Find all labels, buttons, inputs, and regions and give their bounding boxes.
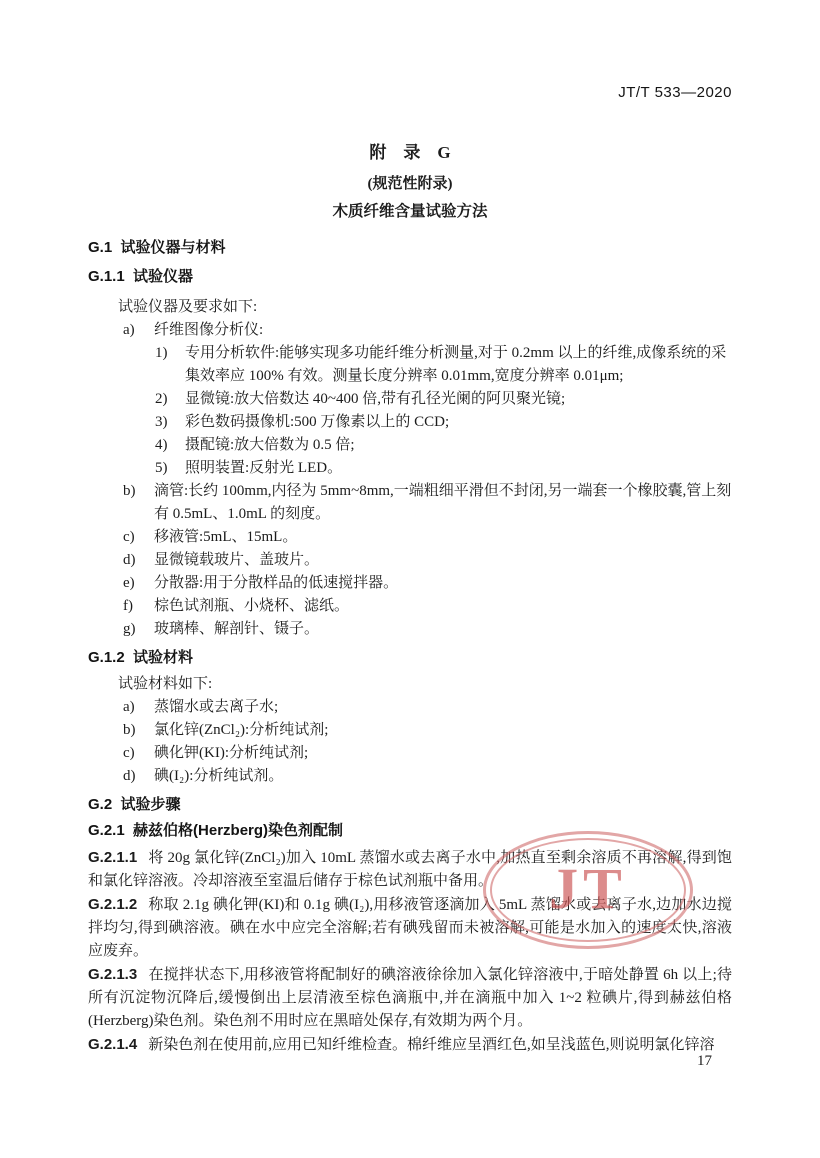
list-item-g11-a3: 3) 彩色数码摄像机:500 万像素以上的 CCD; bbox=[155, 411, 732, 434]
clause-list: G.2.1.1将 20g 氯化锌(ZnCl₂)加入 10mL 蒸馏水或去离子水中… bbox=[88, 846, 732, 1057]
clause-number: G.2.1.3 bbox=[88, 966, 137, 983]
list-text: 显微镜载玻片、盖玻片。 bbox=[154, 549, 732, 572]
heading-g12: G.1.2 试验材料 bbox=[88, 649, 732, 667]
list-item-g12-a: a) 蒸馏水或去离子水; bbox=[123, 696, 732, 719]
list-item-g11-d: d) 显微镜载玻片、盖玻片。 bbox=[123, 549, 732, 572]
list-item-g12-c: c) 碘化钾(KI):分析纯试剂; bbox=[123, 742, 732, 765]
standard-number: JT/T 533—2020 bbox=[88, 84, 732, 102]
list-item-g11-a1: 1) 专用分析软件:能够实现多功能纤维分析测量,对于 0.2mm 以上的纤维,成… bbox=[155, 342, 732, 388]
g11-intro: 试验仪器及要求如下: bbox=[88, 296, 732, 319]
list-marker: 3) bbox=[155, 411, 185, 434]
list-text: 摄配镜:放大倍数为 0.5 倍; bbox=[185, 434, 732, 457]
list-marker: g) bbox=[123, 618, 154, 641]
list-text: 玻璃棒、解剖针、镊子。 bbox=[154, 618, 732, 641]
list-marker: a) bbox=[123, 319, 154, 342]
heading-g2: G.2 试验步骤 bbox=[88, 796, 732, 814]
clause-text: 在搅拌状态下,用移液管将配制好的碘溶液徐徐加入氯化锌溶液中,于暗处静置 6h 以… bbox=[88, 967, 732, 1029]
list-text: 照明装置:反射光 LED。 bbox=[185, 457, 732, 480]
list-marker: e) bbox=[123, 572, 154, 595]
list-marker: f) bbox=[123, 595, 154, 618]
list-item-g12-d: d) 碘(I₂):分析纯试剂。 bbox=[123, 765, 732, 788]
list-marker: 4) bbox=[155, 434, 185, 457]
heading-g11: G.1.1 试验仪器 bbox=[88, 268, 732, 286]
list-marker: b) bbox=[123, 719, 154, 742]
list-item-g11-g: g) 玻璃棒、解剖针、镊子。 bbox=[123, 618, 732, 641]
list-item-g11-b: b) 滴管:长约 100mm,内径为 5mm~8mm,一端粗细平滑但不封闭,另一… bbox=[123, 480, 732, 526]
clause-g211: G.2.1.1将 20g 氯化锌(ZnCl₂)加入 10mL 蒸馏水或去离子水中… bbox=[88, 846, 732, 893]
list-marker: 2) bbox=[155, 388, 185, 411]
document-page: JT/T 533—2020 附 录 G (规范性附录) 木质纤维含量试验方法 G… bbox=[0, 0, 820, 1158]
page-number: 17 bbox=[697, 1052, 712, 1070]
list-marker: c) bbox=[123, 526, 154, 549]
clause-g212: G.2.1.2称取 2.1g 碘化钾(KI)和 0.1g 碘(I₂),用移液管逐… bbox=[88, 893, 732, 963]
page-content: JT/T 533—2020 附 录 G (规范性附录) 木质纤维含量试验方法 G… bbox=[0, 0, 820, 1057]
clause-number: G.2.1.1 bbox=[88, 849, 137, 866]
list-marker: a) bbox=[123, 696, 154, 719]
clause-number: G.2.1.2 bbox=[88, 896, 137, 913]
list-marker: b) bbox=[123, 480, 154, 526]
list-item-g11-a4: 4) 摄配镜:放大倍数为 0.5 倍; bbox=[155, 434, 732, 457]
clause-text: 称取 2.1g 碘化钾(KI)和 0.1g 碘(I₂),用移液管逐滴加入 5mL… bbox=[88, 897, 732, 959]
list-text: 滴管:长约 100mm,内径为 5mm~8mm,一端粗细平滑但不封闭,另一端套一… bbox=[154, 480, 732, 526]
list-text: 氯化锌(ZnCl₂):分析纯试剂; bbox=[154, 719, 732, 742]
list-text: 碘化钾(KI):分析纯试剂; bbox=[154, 742, 732, 765]
list-marker: d) bbox=[123, 765, 154, 788]
appendix-title-block: 附 录 G (规范性附录) 木质纤维含量试验方法 bbox=[88, 142, 732, 221]
clause-text: 新染色剂在使用前,应用已知纤维检查。棉纤维应呈酒红色,如呈浅蓝色,则说明氯化锌溶 bbox=[148, 1037, 714, 1053]
list-marker: c) bbox=[123, 742, 154, 765]
appendix-type: (规范性附录) bbox=[88, 175, 732, 194]
list-item-g11-c: c) 移液管:5mL、15mL。 bbox=[123, 526, 732, 549]
list-text: 专用分析软件:能够实现多功能纤维分析测量,对于 0.2mm 以上的纤维,成像系统… bbox=[185, 342, 732, 388]
appendix-title: 木质纤维含量试验方法 bbox=[88, 202, 732, 221]
list-text: 碘(I₂):分析纯试剂。 bbox=[154, 765, 732, 788]
clause-number: G.2.1.4 bbox=[88, 1036, 137, 1053]
appendix-label: 附 录 G bbox=[88, 142, 732, 164]
heading-g1: G.1 试验仪器与材料 bbox=[88, 239, 732, 257]
list-marker: 5) bbox=[155, 457, 185, 480]
list-item-g11-a2: 2) 显微镜:放大倍数达 40~400 倍,带有孔径光阑的阿贝聚光镜; bbox=[155, 388, 732, 411]
list-item-g12-b: b) 氯化锌(ZnCl₂):分析纯试剂; bbox=[123, 719, 732, 742]
list-item-g11-a5: 5) 照明装置:反射光 LED。 bbox=[155, 457, 732, 480]
list-item-g11-f: f) 棕色试剂瓶、小烧杯、滤纸。 bbox=[123, 595, 732, 618]
list-text: 显微镜:放大倍数达 40~400 倍,带有孔径光阑的阿贝聚光镜; bbox=[185, 388, 732, 411]
list-text: 分散器:用于分散样品的低速搅拌器。 bbox=[154, 572, 732, 595]
clause-text: 将 20g 氯化锌(ZnCl₂)加入 10mL 蒸馏水或去离子水中,加热直至剩余… bbox=[88, 850, 732, 889]
list-item-g11-e: e) 分散器:用于分散样品的低速搅拌器。 bbox=[123, 572, 732, 595]
list-text: 移液管:5mL、15mL。 bbox=[154, 526, 732, 549]
clause-g213: G.2.1.3在搅拌状态下,用移液管将配制好的碘溶液徐徐加入氯化锌溶液中,于暗处… bbox=[88, 963, 732, 1033]
heading-g21: G.2.1 赫兹伯格(Herzberg)染色剂配制 bbox=[88, 822, 732, 840]
list-marker: 1) bbox=[155, 342, 185, 388]
list-text: 棕色试剂瓶、小烧杯、滤纸。 bbox=[154, 595, 732, 618]
list-item-g11-a: a) 纤维图像分析仪: bbox=[123, 319, 732, 342]
list-text: 纤维图像分析仪: bbox=[154, 319, 732, 342]
list-marker: d) bbox=[123, 549, 154, 572]
g12-intro: 试验材料如下: bbox=[88, 673, 732, 696]
list-text: 蒸馏水或去离子水; bbox=[154, 696, 732, 719]
clause-g214: G.2.1.4新染色剂在使用前,应用已知纤维检查。棉纤维应呈酒红色,如呈浅蓝色,… bbox=[88, 1033, 732, 1057]
list-text: 彩色数码摄像机:500 万像素以上的 CCD; bbox=[185, 411, 732, 434]
